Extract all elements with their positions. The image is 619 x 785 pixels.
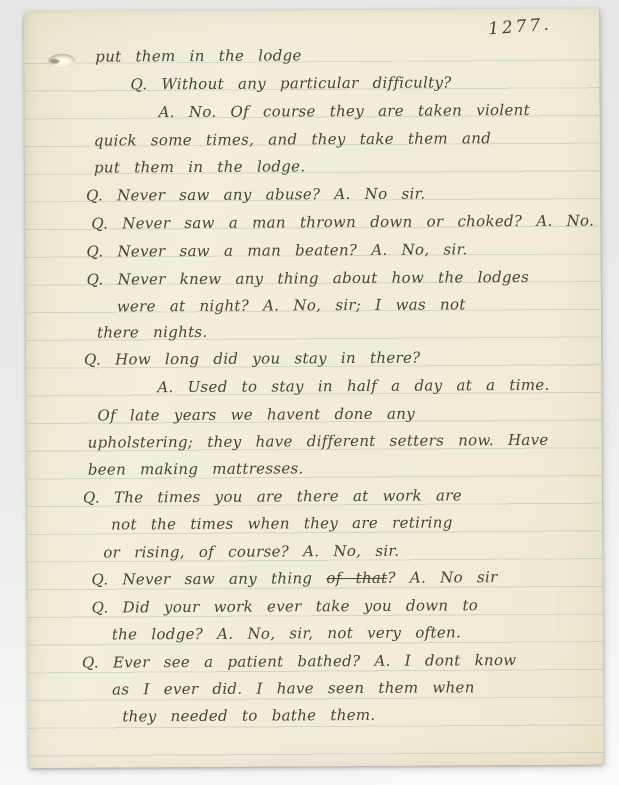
manuscript-line: were at night? A. No, sir; I was not [117, 294, 466, 316]
manuscript-line: Q. Ever see a patient bathed? A. I dont … [82, 650, 517, 673]
manuscript-line: they needed to bathe them. [122, 705, 375, 727]
manuscript-line: the lodge? A. No, sir, not very often. [112, 622, 461, 644]
manuscript-line: upholstering; they have different setter… [88, 430, 549, 453]
manuscript-line: or rising, of course? A. No, sir. [103, 541, 399, 563]
manuscript-line: Q. Never saw a man thrown down or choked… [91, 211, 594, 234]
manuscript-line: put them in the lodge [95, 45, 302, 66]
manuscript-line: not the times when they are retiring [111, 512, 453, 534]
manuscript-line: Q. Never knew any thing about how the lo… [87, 267, 530, 290]
manuscript-line: Q. Never saw any thing of that? A. No si… [91, 567, 497, 589]
manuscript-line: Q. Without any particular difficulty? [130, 72, 451, 94]
manuscript-line: been making mattresses. [88, 458, 304, 479]
manuscript-text-layer: put them in the lodgeQ. Without any part… [24, 8, 604, 767]
manuscript-line: Q. How long did you stay in there? [84, 348, 420, 370]
manuscript-line: Q. The times you are there at work are [83, 485, 462, 507]
manuscript-line: there nights. [97, 322, 208, 343]
manuscript-line: A. Used to stay in half a day at a time. [157, 375, 549, 397]
manuscript-line: A. No. Of course they are taken violent [159, 100, 530, 122]
line-segment: Q. Never saw any thing [91, 569, 326, 588]
manuscript-line: as I ever did. I have seen them when [112, 677, 475, 699]
manuscript-line: Q. Never saw any abuse? A. No sir. [86, 184, 425, 206]
manuscript-line: Q. Never saw a man beaten? A. No, sir. [86, 239, 467, 261]
scan-backdrop: 1277. put them in the lodgeQ. Without an… [0, 0, 619, 785]
manuscript-line: quick some times, and they take them and [94, 128, 491, 150]
manuscript-line: Q. Did your work ever take you down to [92, 595, 479, 617]
struck-text: of that [326, 569, 387, 587]
manuscript-line: put them in the lodge. [94, 156, 306, 177]
manuscript-line: Of late years we havent done any [97, 404, 415, 426]
manuscript-page: 1277. put them in the lodgeQ. Without an… [24, 8, 604, 767]
line-segment: ? A. No sir [387, 568, 497, 587]
